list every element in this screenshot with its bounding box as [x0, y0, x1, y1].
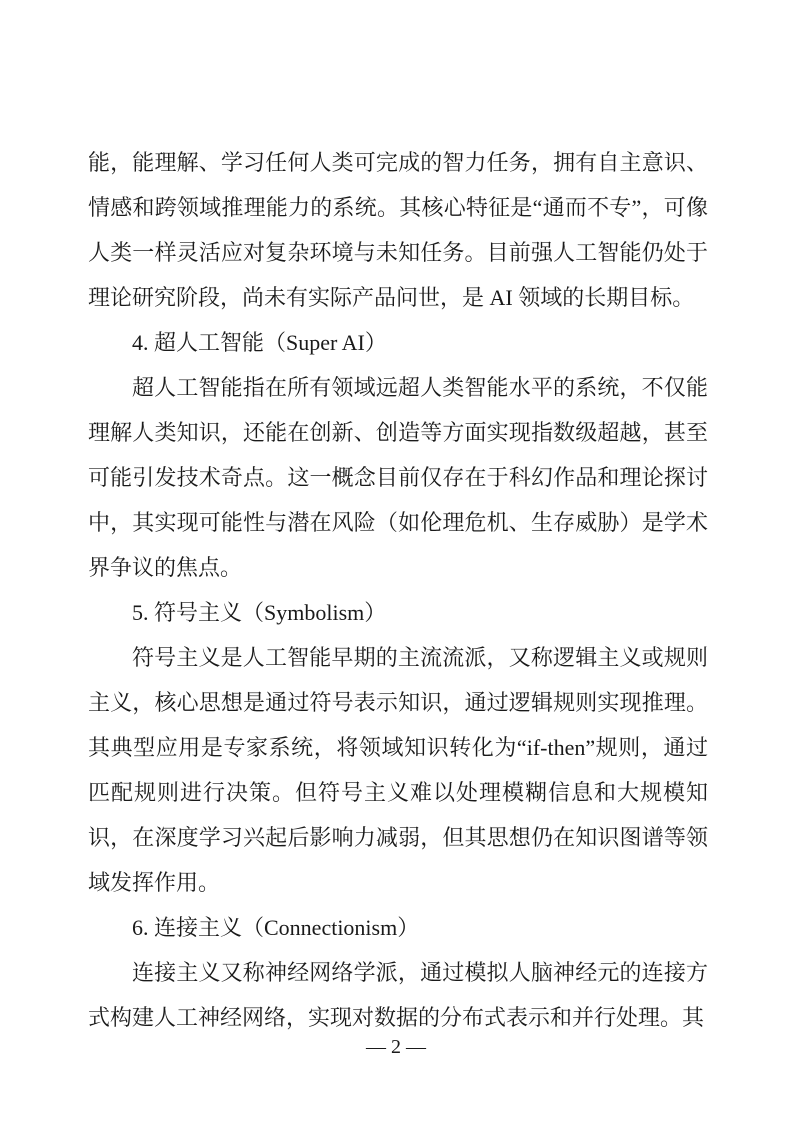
- document-body: 能，能理解、学习任何人类可完成的智力任务，拥有自主意识、情感和跨领域推理能力的系…: [88, 140, 708, 1040]
- paragraph-super-ai: 超人工智能指在所有领域远超人类智能水平的系统，不仅能理解人类知识，还能在创新、创…: [88, 365, 708, 590]
- paragraph-symbolism: 符号主义是人工智能早期的主流流派，又称逻辑主义或规则主义，核心思想是通过符号表示…: [88, 635, 708, 905]
- paragraph-connectionism: 连接主义又称神经网络学派，通过模拟人脑神经元的连接方式构建人工神经网络，实现对数…: [88, 950, 708, 1040]
- heading-super-ai: 4. 超人工智能（Super AI）: [88, 320, 708, 365]
- page-number: — 2 —: [0, 1034, 792, 1060]
- paragraph-strong-ai-continuation: 能，能理解、学习任何人类可完成的智力任务，拥有自主意识、情感和跨领域推理能力的系…: [88, 140, 708, 320]
- document-page: 能，能理解、学习任何人类可完成的智力任务，拥有自主意识、情感和跨领域推理能力的系…: [0, 0, 792, 1122]
- heading-symbolism: 5. 符号主义（Symbolism）: [88, 590, 708, 635]
- heading-connectionism: 6. 连接主义（Connectionism）: [88, 905, 708, 950]
